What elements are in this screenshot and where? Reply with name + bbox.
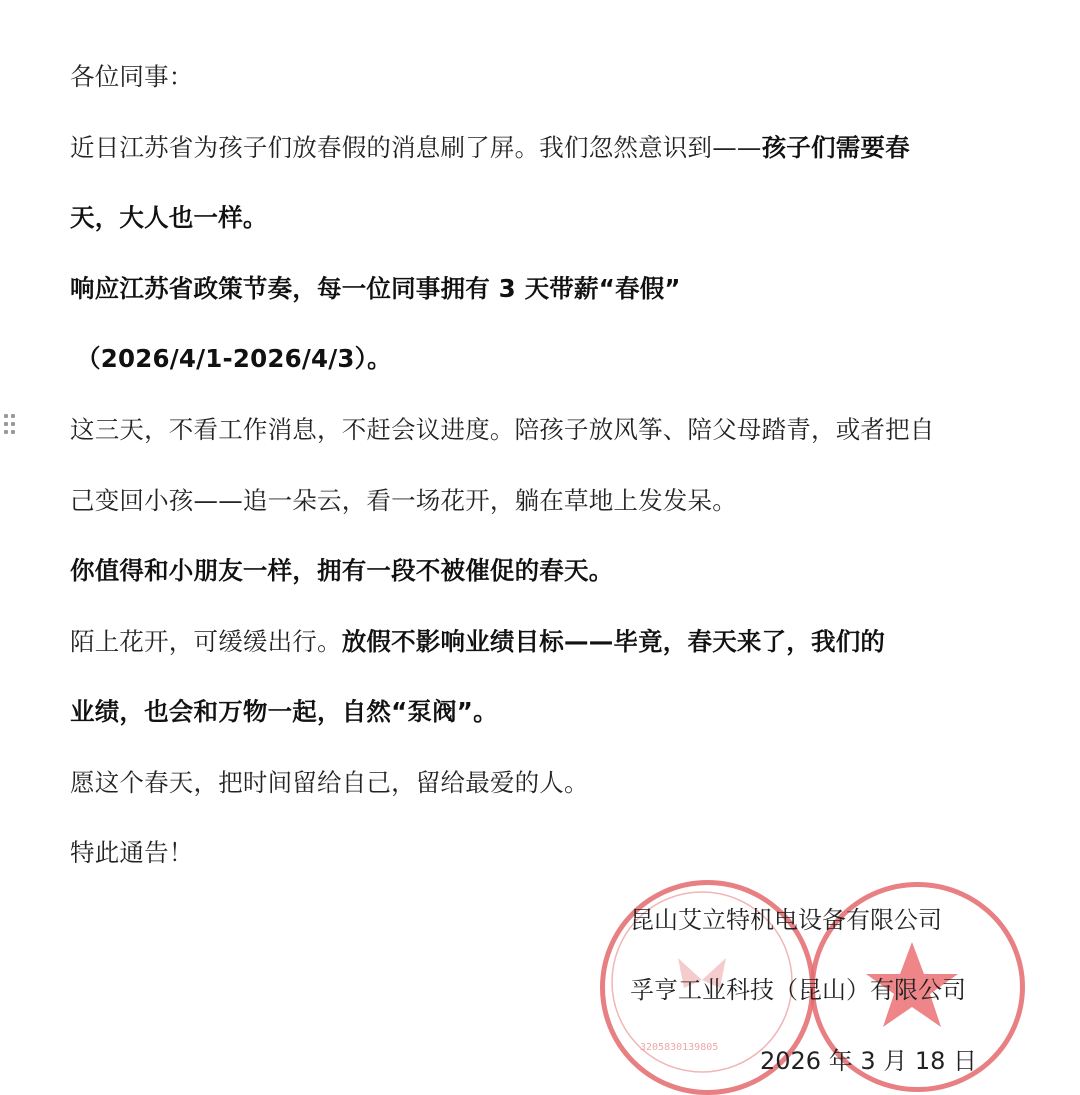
signature-date: 2026 年 3 月 18 日: [760, 1046, 977, 1076]
paragraph-1-line-2: 天，大人也一样。: [70, 201, 268, 235]
paragraph-3-line-2: 己变回小孩——追一朵云，看一场花开，躺在草地上发发呆。: [70, 484, 737, 518]
paragraph-5-normal: 陌上花开，可缓缓出行。: [70, 627, 342, 656]
paragraph-2-line-2: （2026/4/1-2026/4/3）。: [76, 342, 392, 376]
paragraph-5-bold: 放假不影响业绩目标——毕竟，春天来了，我们的: [342, 627, 885, 656]
paragraph-5-line-2: 业绩，也会和万物一起，自然“泵阀”。: [70, 695, 498, 729]
signature-company-1: 昆山艾立特机电设备有限公司: [630, 905, 942, 935]
drag-handle-icon[interactable]: [4, 414, 18, 436]
paragraph-1-bold: 孩子们需要春: [762, 133, 910, 162]
paragraph-3-line-1: 这三天，不看工作消息，不赶会议进度。陪孩子放风筝、陪父母踏青，或者把自: [70, 413, 935, 447]
paragraph-1-line-1: 近日江苏省为孩子们放春假的消息刷了屏。我们忽然意识到——孩子们需要春: [70, 131, 910, 165]
closing: 特此通告！: [70, 836, 194, 870]
paragraph-2-line-1: 响应江苏省政策节奏，每一位同事拥有 3 天带薪“春假”: [70, 272, 681, 306]
greeting: 各位同事：: [70, 60, 194, 94]
paragraph-5-line-1: 陌上花开，可缓缓出行。放假不影响业绩目标——毕竟，春天来了，我们的: [70, 625, 885, 659]
signature-company-2: 孚亨工业科技（昆山）有限公司: [630, 975, 966, 1005]
paragraph-6: 愿这个春天，把时间留给自己，留给最爱的人。: [70, 766, 589, 800]
paragraph-4: 你值得和小朋友一样，拥有一段不被催促的春天。: [70, 554, 613, 588]
svg-text:3205830139805: 3205830139805: [640, 1042, 718, 1053]
paragraph-1-normal: 近日江苏省为孩子们放春假的消息刷了屏。我们忽然意识到——: [70, 133, 762, 162]
